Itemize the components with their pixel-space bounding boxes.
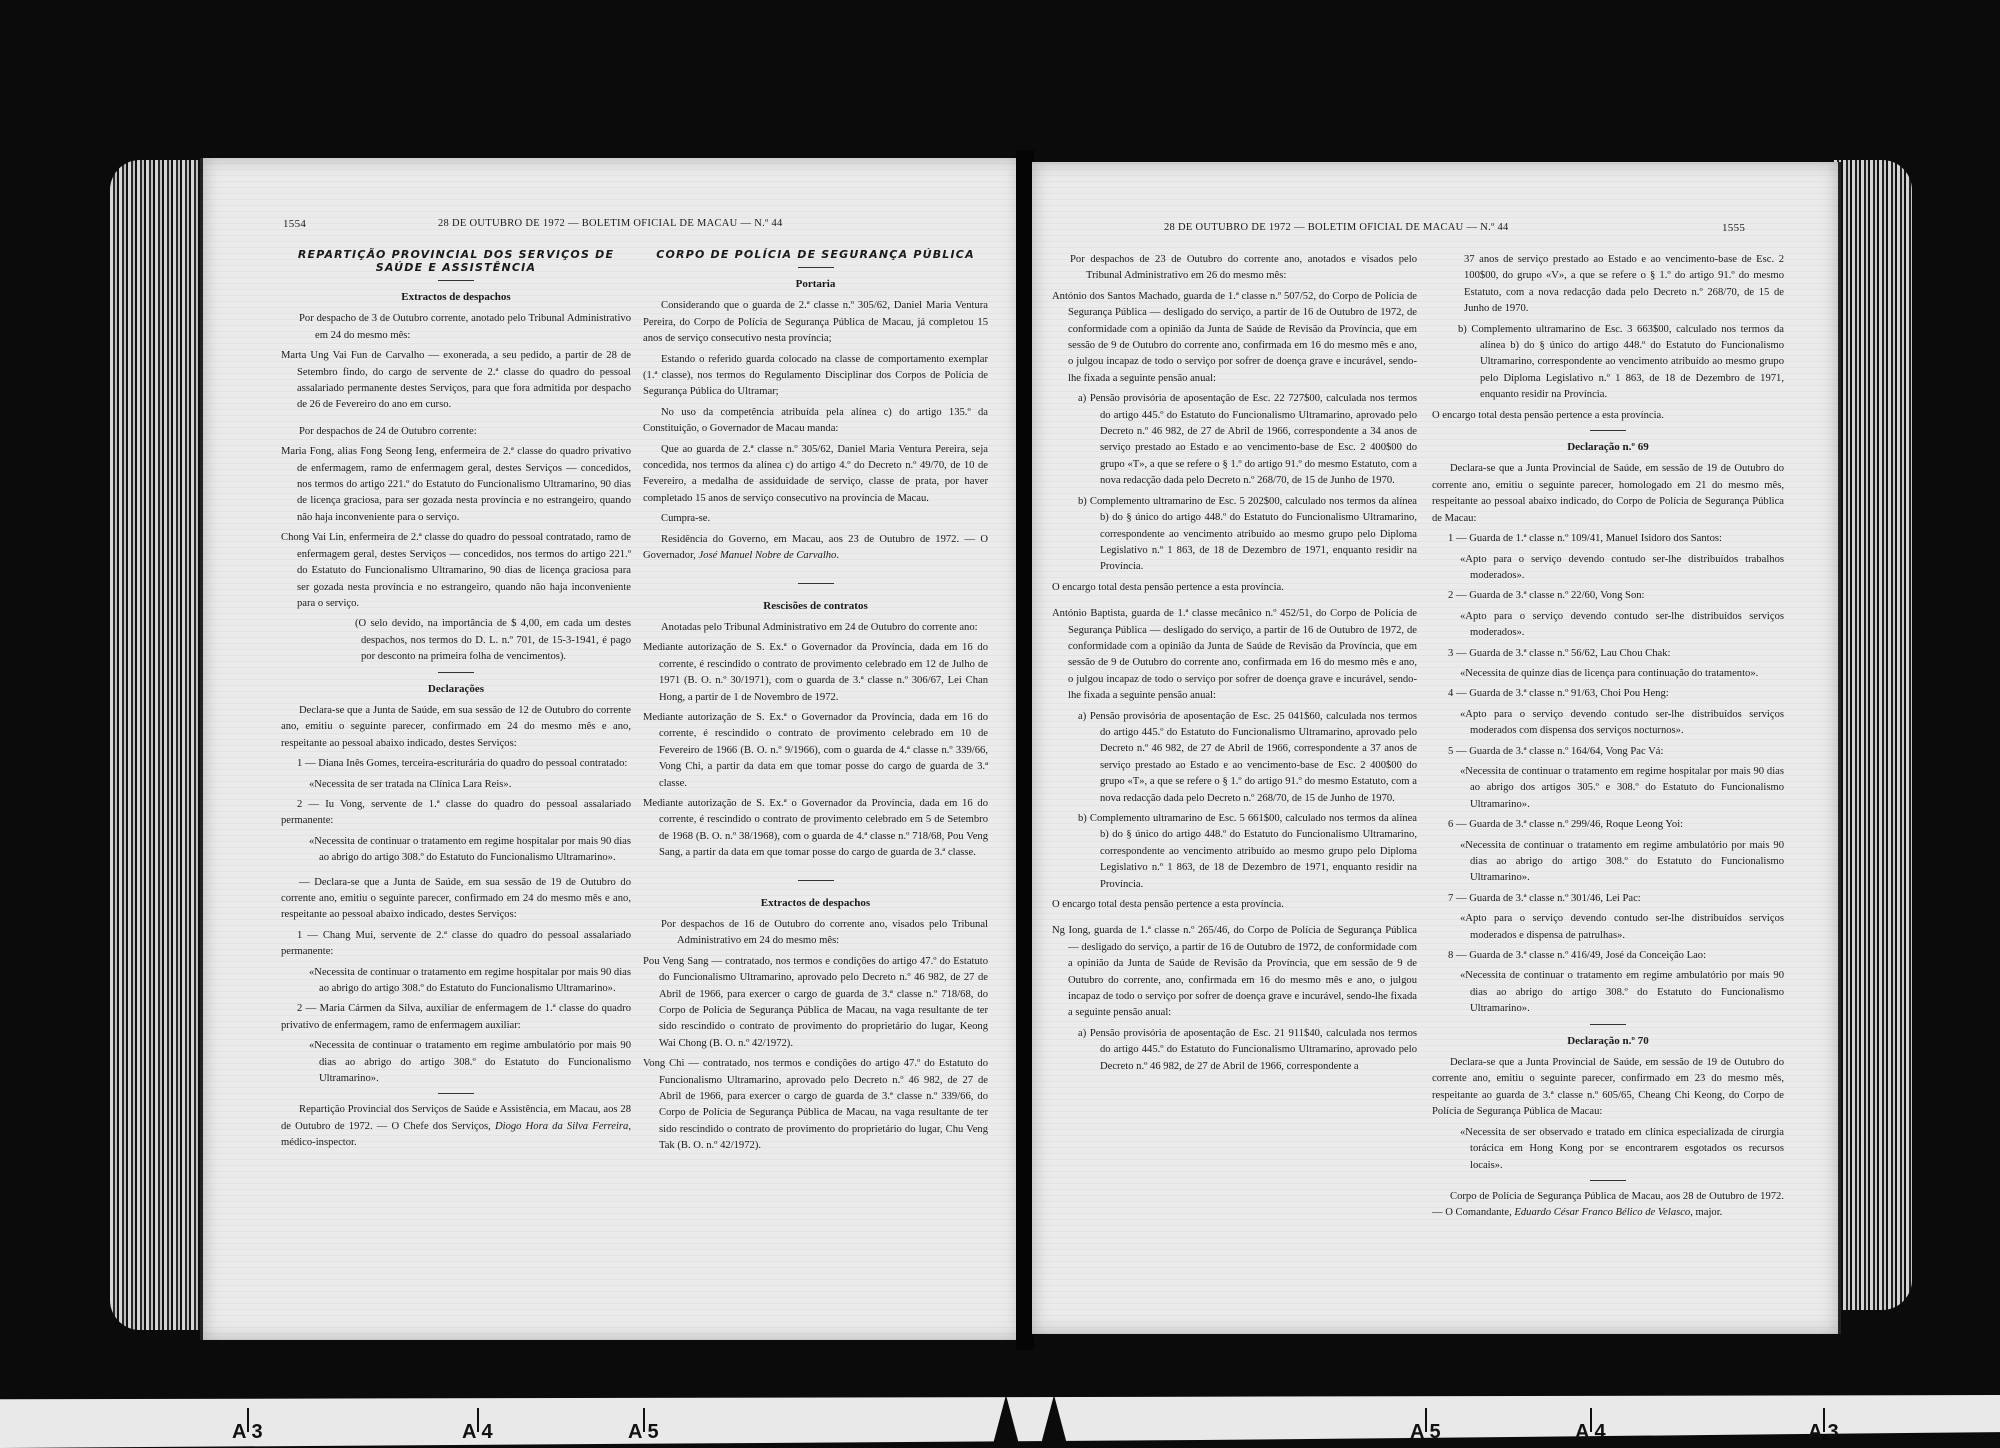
paragraph: Por despachos de 16 de Outubro do corren… — [643, 917, 988, 950]
paragraph: Por despachos de 23 de Outubro do corren… — [1052, 252, 1417, 285]
declaration-opinion: «Apto para o serviço devendo contudo ser… — [1432, 609, 1784, 642]
pension-item-a: a) Pensão provisória de aposentação de E… — [1052, 709, 1417, 807]
right-column-declarations: 37 anos de serviço prestado ao Estado e … — [1432, 252, 1784, 1226]
paragraph: Pou Veng Sang — contratado, nos termos e… — [643, 954, 988, 1052]
paragraph: Considerando que o guarda de 2.ª classe … — [643, 298, 988, 347]
frame-mark: A3 — [1808, 1408, 1838, 1444]
section-title: Declaração n.º 69 — [1432, 439, 1784, 455]
declaration-opinion: «Necessita de continuar o tratamento em … — [1432, 764, 1784, 813]
paragraph: Por despacho de 3 de Outubro corrente, a… — [281, 311, 631, 344]
frame-mark: A5 — [628, 1408, 658, 1444]
declaration-item: 5 — Guarda de 3.ª classe n.º 164/64, Von… — [1432, 744, 1784, 760]
frame-mark: A5 — [1410, 1408, 1440, 1444]
signature-block: Repartição Provincial dos Serviços de Sa… — [281, 1102, 631, 1151]
film-notch — [992, 1395, 1020, 1448]
paragraph: Cumpra-se. — [643, 511, 988, 527]
paragraph: 37 anos de serviço prestado ao Estado e … — [1432, 252, 1784, 318]
book-page-edges-left — [110, 160, 205, 1330]
declaration-item: 4 — Guarda de 3.ª classe n.º 91/63, Choi… — [1432, 686, 1784, 702]
running-head-title: 28 DE OUTUBRO DE 1972 — BOLETIM OFICIAL … — [438, 218, 783, 229]
paragraph: Por despachos de 24 de Outubro corrente: — [281, 424, 631, 440]
section-title: Extractos de despachos — [281, 289, 631, 305]
declaration-item: 6 — Guarda de 3.ª classe n.º 299/46, Roq… — [1432, 817, 1784, 833]
quote: «Necessita de ser observado e tratado em… — [1432, 1125, 1784, 1174]
declaration-opinion: «Necessita de continuar o tratamento em … — [1432, 838, 1784, 887]
paragraph: Declara-se que a Junta de Saúde, em sua … — [281, 703, 631, 752]
paragraph: Mediante autorização de S. Ex.ª o Govern… — [643, 710, 988, 792]
signatory-name: Diogo Hora da Silva Ferreira — [495, 1121, 628, 1132]
org-title: CORPO DE POLÍCIA DE SEGURANÇA PÚBLICA — [643, 248, 988, 261]
paragraph: O encargo total desta pensão pertence a … — [1432, 408, 1784, 424]
paragraph: — Declara-se que a Junta de Saúde, em su… — [281, 875, 631, 924]
divider — [798, 583, 834, 584]
divider — [798, 880, 834, 881]
list-item: 1 — Chang Mui, servente de 2.ª classe do… — [281, 928, 631, 961]
paragraph: Vong Chi — contratado, nos termos e cond… — [643, 1056, 988, 1154]
paragraph: António Baptista, guarda de 1.ª classe m… — [1052, 606, 1417, 704]
left-column-police-corps: CORPO DE POLÍCIA DE SEGURANÇA PÚBLICA Po… — [643, 248, 988, 1159]
declaration-opinion: «Apto para o serviço devendo contudo ser… — [1432, 552, 1784, 585]
running-head-title: 28 DE OUTUBRO DE 1972 — BOLETIM OFICIAL … — [1164, 222, 1509, 233]
declaration-item: 3 — Guarda de 3.ª classe n.º 56/62, Lau … — [1432, 646, 1784, 662]
divider — [798, 267, 834, 268]
declaration-item: 2 — Guarda de 3.ª classe n.º 22/60, Vong… — [1432, 588, 1784, 604]
divider — [1590, 430, 1626, 431]
paragraph: Marta Ung Vai Fun de Carvalho — exonerad… — [281, 348, 631, 414]
list-item: 2 — Maria Cármen da Silva, auxiliar de e… — [281, 1001, 631, 1034]
signatory-name: Eduardo César Franco Bélico de Velasco — [1514, 1207, 1690, 1218]
paragraph: O encargo total desta pensão pertence a … — [1052, 580, 1417, 596]
divider — [438, 1093, 474, 1094]
pension-item-b: b) Complemento ultramarino de Esc. 5 661… — [1052, 811, 1417, 893]
paragraph: Mediante autorização de S. Ex.ª o Govern… — [643, 640, 988, 706]
declaration-opinion: «Apto para o serviço devendo contudo ser… — [1432, 911, 1784, 944]
declaration-opinion: «Apto para o serviço devendo contudo ser… — [1432, 707, 1784, 740]
paragraph: O encargo total desta pensão pertence a … — [1052, 897, 1417, 913]
section-title: Rescisões de contratos — [643, 598, 988, 614]
divider — [1590, 1024, 1626, 1025]
paragraph: Estando o referido guarda colocado na cl… — [643, 352, 988, 401]
right-page: 28 DE OUTUBRO DE 1972 — BOLETIM OFICIAL … — [1032, 162, 1841, 1334]
left-column-health-services: REPARTIÇÃO PROVINCIAL DOS SERVIÇOS DE SA… — [281, 248, 631, 1156]
stamp-duty-note: (O selo devido, na importância de $ 4,00… — [281, 616, 631, 665]
paragraph: Anotadas pelo Tribunal Administrativo em… — [643, 620, 988, 636]
paragraph: Declara-se que a Junta Provincial de Saú… — [1432, 461, 1784, 527]
divider — [1590, 1180, 1626, 1181]
quote: «Necessita de ser tratada na Clínica Lar… — [281, 777, 631, 793]
signatory-role: , major. — [1690, 1207, 1722, 1218]
declaration-item: 7 — Guarda de 3.ª classe n.º 301/46, Lei… — [1432, 891, 1784, 907]
list-item: 2 — Iu Vong, servente de 1.ª classe do q… — [281, 797, 631, 830]
pension-item-a: a) Pensão provisória de aposentação de E… — [1052, 391, 1417, 489]
divider — [438, 280, 474, 281]
list-item: 1 — Diana Inês Gomes, terceira-escriturá… — [281, 756, 631, 772]
signature-block: Residência do Governo, em Macau, aos 23 … — [643, 532, 988, 565]
left-page: 1554 28 DE OUTUBRO DE 1972 — BOLETIM OFI… — [200, 158, 1021, 1340]
section-title: Declarações — [281, 681, 631, 697]
page-number: 1555 — [1722, 222, 1745, 234]
declaration-item: 8 — Guarda de 3.ª classe n.º 416/49, Jos… — [1432, 948, 1784, 964]
signatory-name: José Manuel Nobre de Carvalho — [698, 550, 836, 561]
paragraph: Chong Vai Lin, enfermeira de 2.ª classe … — [281, 530, 631, 612]
quote: «Necessita de continuar o tratamento em … — [281, 834, 631, 867]
section-title: Extractos de despachos — [643, 895, 988, 911]
paragraph: Declara-se que a Junta Provincial de Saú… — [1432, 1055, 1784, 1121]
right-column-pensions: Por despachos de 23 de Outubro do corren… — [1052, 252, 1417, 1079]
book-page-edges-right — [1832, 160, 1912, 1310]
signature-block: Corpo de Polícia de Segurança Pública de… — [1432, 1189, 1784, 1222]
pension-item-b: b) Complemento ultramarino de Esc. 5 202… — [1052, 494, 1417, 576]
quote: «Necessita de continuar o tratamento em … — [281, 1038, 631, 1087]
frame-mark: A4 — [462, 1408, 492, 1444]
frame-mark: A4 — [1575, 1408, 1605, 1444]
page-number: 1554 — [283, 218, 306, 230]
declaration-item: 1 — Guarda de 1.ª classe n.º 109/41, Man… — [1432, 531, 1784, 547]
quote: «Necessita de continuar o tratamento em … — [281, 965, 631, 998]
paragraph: Mediante autorização de S. Ex.ª o Govern… — [643, 796, 988, 862]
paragraph: Maria Fong, alias Fong Seong Ieng, enfer… — [281, 444, 631, 526]
pension-item-b: b) Complemento ultramarino de Esc. 3 663… — [1432, 322, 1784, 404]
pension-item-a: a) Pensão provisória de aposentação de E… — [1052, 1026, 1417, 1075]
declaration-69-list: 1 — Guarda de 1.ª classe n.º 109/41, Man… — [1432, 531, 1784, 1018]
paragraph: António dos Santos Machado, guarda de 1.… — [1052, 289, 1417, 387]
divider — [438, 672, 474, 673]
declaration-opinion: «Necessita de continuar o tratamento em … — [1432, 968, 1784, 1017]
section-title: Declaração n.º 70 — [1432, 1033, 1784, 1049]
film-notch — [1040, 1395, 1068, 1448]
paragraph: Que ao guarda de 2.ª classe n.º 305/62, … — [643, 442, 988, 508]
frame-mark: A3 — [232, 1408, 262, 1444]
declaration-opinion: «Necessita de quinze dias de licença par… — [1432, 666, 1784, 682]
paragraph: No uso da competência atribuída pela alí… — [643, 405, 988, 438]
section-title: Portaria — [643, 276, 988, 292]
paragraph: Ng Iong, guarda de 1.ª classe n.º 265/46… — [1052, 923, 1417, 1021]
org-title: REPARTIÇÃO PROVINCIAL DOS SERVIÇOS DE SA… — [281, 248, 631, 274]
